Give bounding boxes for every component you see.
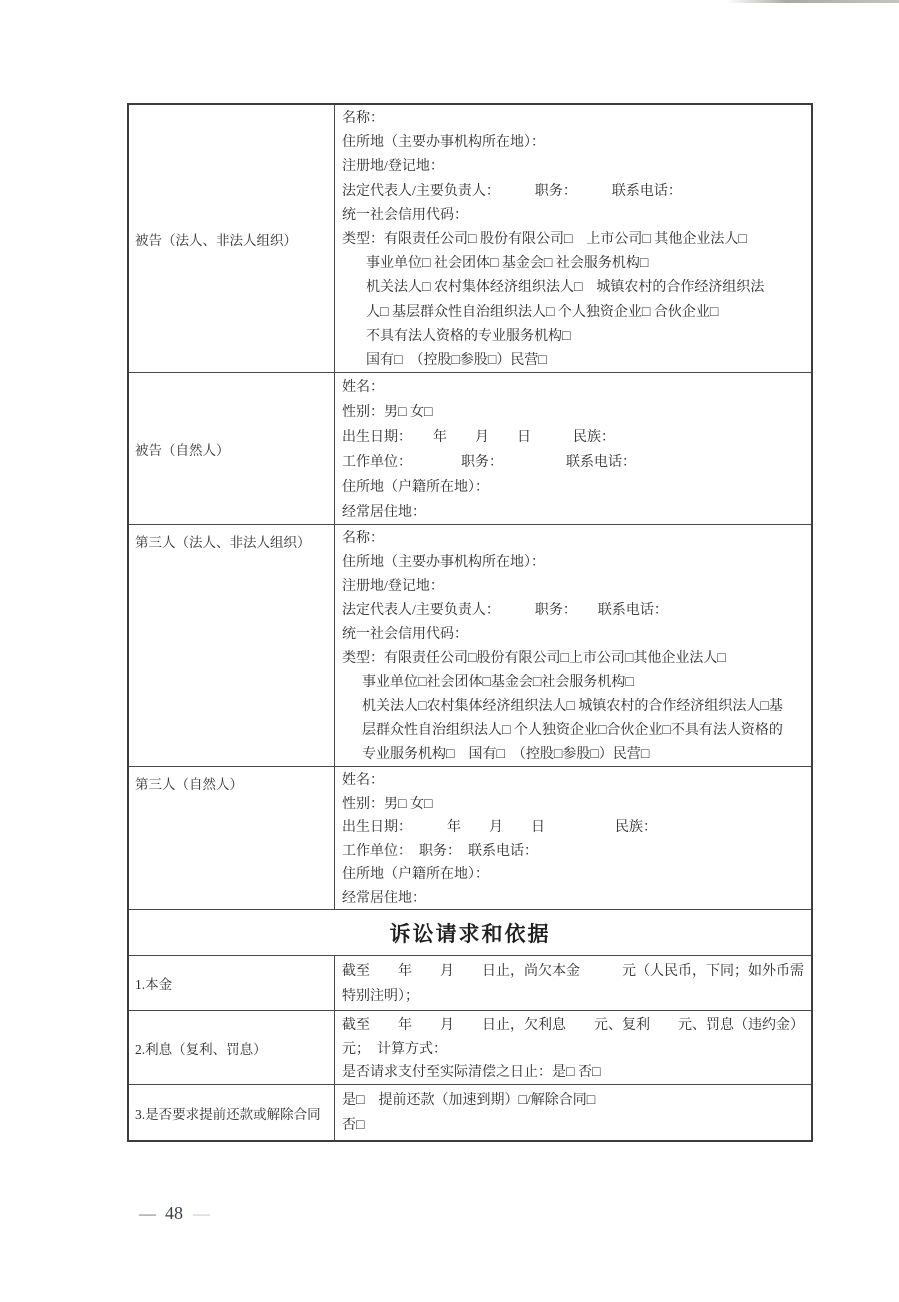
form-line: 机关法人□ 农村集体经济组织法人□ 城镇农村的合作经济组织法: [342, 276, 807, 300]
form-line: 姓名：: [342, 769, 807, 793]
form-line: 姓名：: [342, 375, 807, 400]
form-line: 工作单位： 职务： 联系电话：: [342, 840, 807, 864]
form-line: 统一社会信用代码：: [342, 623, 807, 647]
row-label-text: 被告（自然人）: [135, 439, 230, 459]
form-line: 法定代表人/主要负责人： 职务： 联系电话：: [342, 599, 807, 623]
form-line: 事业单位□社会团体□基金会□社会服务机构□: [342, 671, 807, 695]
form-line: 经常居住地：: [342, 887, 807, 911]
form-line: 统一社会信用代码：: [342, 204, 807, 228]
form-line: 注册地/登记地：: [342, 575, 807, 599]
form-line: 专业服务机构□ 国有□ （控股□参股□）民营□: [342, 743, 807, 767]
row-label-text: 3.是否要求提前还款或解除合同: [135, 1103, 321, 1123]
form-line: 不具有法人资格的专业服务机构□: [342, 325, 807, 349]
row-label-early-repayment: 3.是否要求提前还款或解除合同: [129, 1085, 335, 1140]
row-label-defendant-person: 被告（自然人）: [129, 373, 335, 525]
row-label-text: 被告（法人、非法人组织）: [135, 229, 297, 249]
form-line: 名称：: [342, 527, 807, 551]
form-line: 住所地（户籍所在地）：: [342, 475, 807, 500]
form-line: 截至 年 月 日止，欠利息 元、复利 元、罚息（违约金）: [342, 1014, 807, 1038]
form-line: 类型：有限责任公司□ 股份有限公司□ 上市公司□ 其他企业法人□: [342, 228, 807, 252]
row-content-defendant-person: 姓名： 性别：男□ 女□ 出生日期： 年 月 日 民族： 工作单位： 职务： 联…: [335, 373, 811, 525]
row-label-text: 2.利息（复利、罚息）: [135, 1038, 267, 1058]
row-content-interest: 截至 年 月 日止，欠利息 元、复利 元、罚息（违约金） 元； 计算方式： 是否…: [335, 1011, 811, 1085]
section-header-claims: 诉讼请求和依据: [129, 910, 811, 956]
form-line: 住所地（主要办事机构所在地）：: [342, 551, 807, 575]
row-label-text: 第三人（法人、非法人组织）: [135, 531, 311, 551]
row-content-principal: 截至 年 月 日止，尚欠本金 元（人民币，下同；如外币需 特别注明）；: [335, 956, 811, 1011]
form-line: 性别：男□ 女□: [342, 400, 807, 425]
form-line: 国有□ （控股□参股□）民营□: [342, 349, 807, 373]
page-number-value: 48: [165, 1203, 183, 1224]
form-line: 工作单位： 职务： 联系电话：: [342, 450, 807, 475]
form-line: 住所地（主要办事机构所在地）：: [342, 131, 807, 155]
form-line: 名称：: [342, 107, 807, 131]
form-line: 特别注明）；: [342, 984, 807, 1009]
row-label-interest: 2.利息（复利、罚息）: [129, 1011, 335, 1085]
complaint-form-table: 被告（法人、非法人组织） 名称： 住所地（主要办事机构所在地）： 注册地/登记地…: [127, 103, 813, 1142]
form-line: 层群众性自治组织法人□ 个人独资企业□合伙企业□不具有法人资格的: [342, 719, 807, 743]
row-content-third-party-org: 名称： 住所地（主要办事机构所在地）： 注册地/登记地： 法定代表人/主要负责人…: [335, 525, 811, 767]
row-content-third-party-person: 姓名： 性别：男□ 女□ 出生日期： 年 月 日 民族： 工作单位： 职务： 联…: [335, 767, 811, 910]
row-label-text: 第三人（自然人）: [135, 773, 243, 793]
form-line: 人□ 基层群众性自治组织法人□ 个人独资企业□ 合伙企业□: [342, 301, 807, 325]
form-line: 是□ 提前还款（加速到期）□/解除合同□: [342, 1088, 807, 1113]
page-number-dash-left: —: [139, 1204, 155, 1224]
row-label-text: 1.本金: [135, 973, 172, 993]
form-line: 住所地（户籍所在地）：: [342, 863, 807, 887]
form-line: 是否请求支付至实际清偿之日止：是□ 否□: [342, 1061, 807, 1085]
row-label-third-party-org: 第三人（法人、非法人组织）: [129, 525, 335, 767]
page-number: — 48 —: [139, 1203, 209, 1224]
form-line: 出生日期： 年 月 日 民族：: [342, 425, 807, 450]
form-line: 出生日期： 年 月 日 民族：: [342, 816, 807, 840]
form-line: 截至 年 月 日止，尚欠本金 元（人民币，下同；如外币需: [342, 959, 807, 984]
row-content-defendant-org: 名称： 住所地（主要办事机构所在地）： 注册地/登记地： 法定代表人/主要负责人…: [335, 105, 811, 373]
page-number-dash-right: —: [193, 1204, 209, 1224]
scan-edge-artifact: [727, 0, 899, 3]
form-line: 机关法人□农村集体经济组织法人□ 城镇农村的合作经济组织法人□基: [342, 695, 807, 719]
form-line: 注册地/登记地：: [342, 155, 807, 179]
document-page: 被告（法人、非法人组织） 名称： 住所地（主要办事机构所在地）： 注册地/登记地…: [0, 0, 899, 1302]
form-line: 经常居住地：: [342, 500, 807, 525]
section-header-text: 诉讼请求和依据: [390, 918, 551, 948]
row-label-third-party-person: 第三人（自然人）: [129, 767, 335, 910]
form-line: 元； 计算方式：: [342, 1038, 807, 1062]
form-line: 否□: [342, 1113, 807, 1138]
form-line: 法定代表人/主要负责人： 职务： 联系电话：: [342, 180, 807, 204]
form-line: 性别：男□ 女□: [342, 793, 807, 817]
form-line: 类型：有限责任公司□股份有限公司□上市公司□其他企业法人□: [342, 647, 807, 671]
form-line: 事业单位□ 社会团体□ 基金会□ 社会服务机构□: [342, 252, 807, 276]
row-content-early-repayment: 是□ 提前还款（加速到期）□/解除合同□ 否□: [335, 1085, 811, 1140]
row-label-defendant-org: 被告（法人、非法人组织）: [129, 105, 335, 373]
row-label-principal: 1.本金: [129, 956, 335, 1011]
